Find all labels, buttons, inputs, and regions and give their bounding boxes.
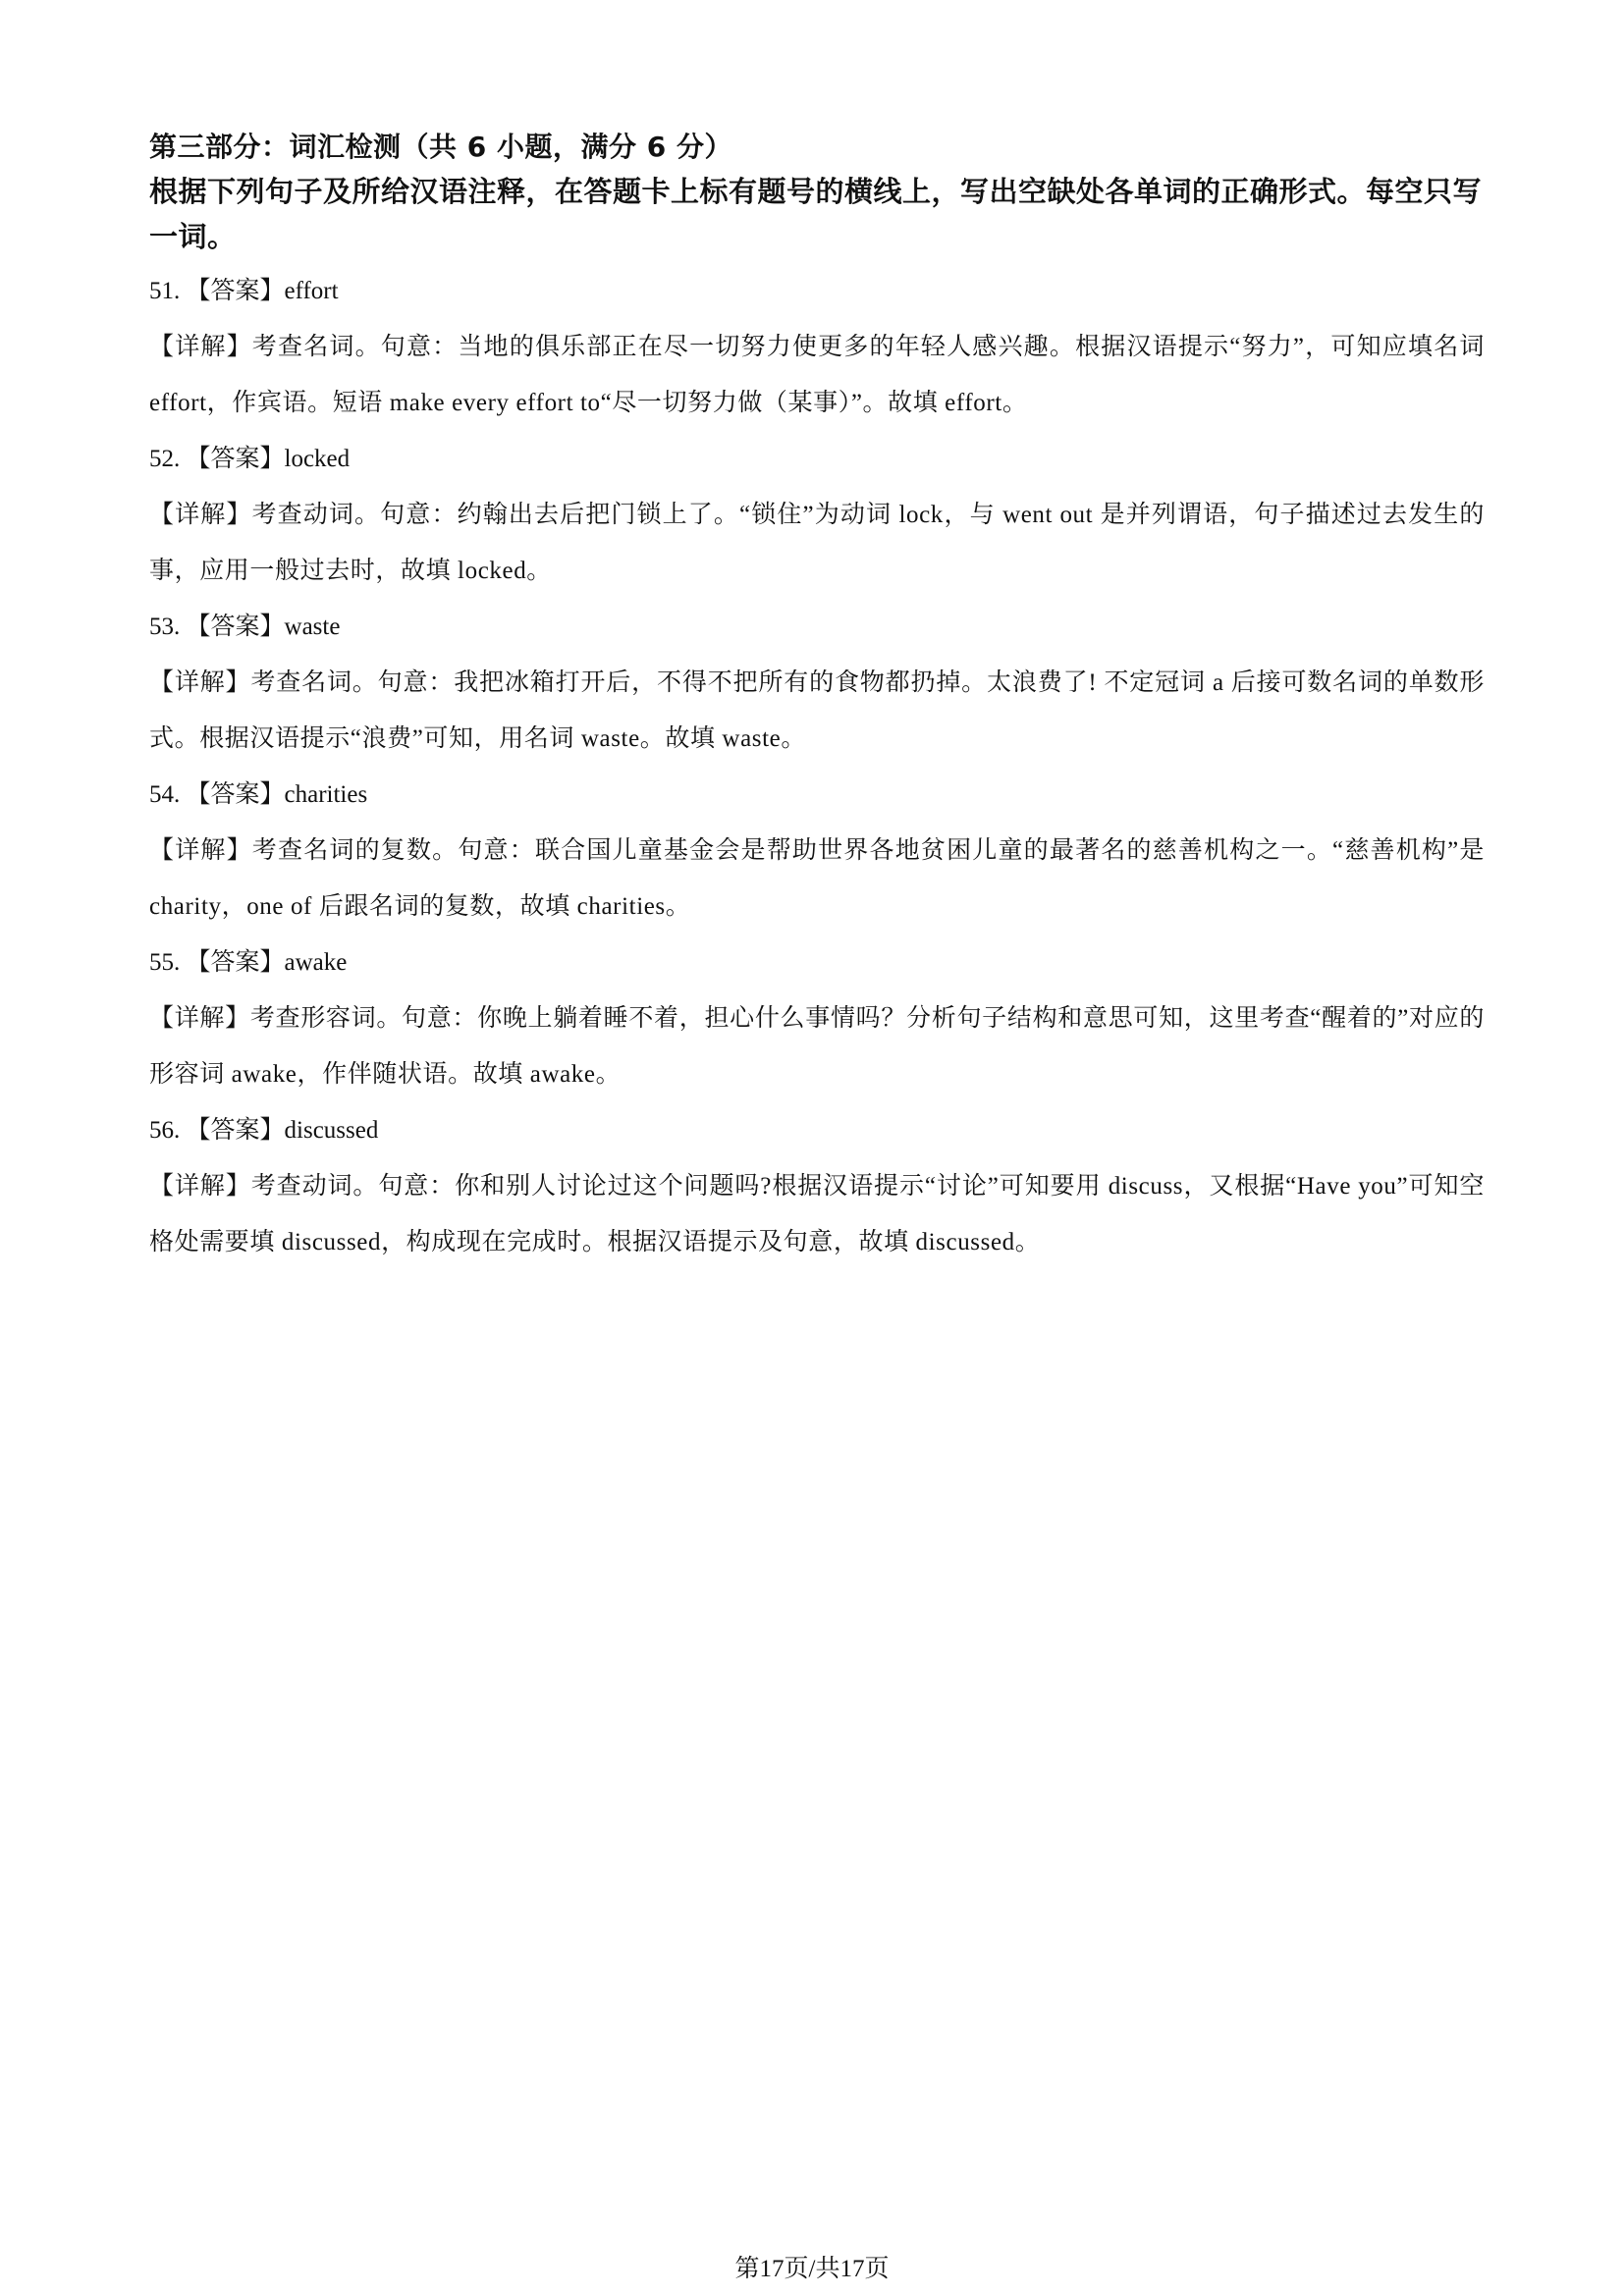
answer-value: awake [285,949,348,976]
detail-tag: 【详解】 [149,1005,250,1032]
explanation-text: 考查名词。句意：我把冰箱打开后，不得不把所有的食物都扔掉。太浪费了! 不定冠词 … [149,669,1485,752]
explanation: 【详解】考查动词。句意：约翰出去后把门锁上了。“锁住”为动词 lock，与 we… [149,487,1485,599]
answer-line: 56. 【答案】discussed [149,1102,1485,1158]
explanation-text: 考查动词。句意：约翰出去后把门锁上了。“锁住”为动词 lock，与 went o… [149,502,1485,584]
question-item-53: 53. 【答案】waste 【详解】考查名词。句意：我把冰箱打开后，不得不把所有… [149,599,1485,767]
explanation: 【详解】考查名词。句意：我把冰箱打开后，不得不把所有的食物都扔掉。太浪费了! 不… [149,655,1485,767]
document-page: 第三部分：词汇检测（共 6 小题，满分 6 分） 根据下列句子及所给汉语注释，在… [149,126,1485,1270]
detail-tag: 【详解】 [149,837,252,864]
question-item-56: 56. 【答案】discussed 【详解】考查动词。句意：你和别人讨论过这个问… [149,1102,1485,1270]
explanation-text: 考查名词。句意：当地的俱乐部正在尽一切努力使更多的年轻人感兴趣。根据汉语提示“努… [149,334,1485,416]
detail-tag: 【详解】 [149,669,250,696]
detail-tag: 【详解】 [149,1173,251,1200]
question-number: 54. [149,781,180,808]
question-number: 51. [149,278,180,304]
question-item-55: 55. 【答案】awake 【详解】考查形容词。句意：你晚上躺着睡不着，担心什么… [149,934,1485,1102]
answer-tag: 【答案】 [187,614,285,640]
question-number: 53. [149,614,180,640]
explanation: 【详解】考查名词的复数。句意：联合国儿童基金会是帮助世界各地贫困儿童的最著名的慈… [149,823,1485,934]
answer-line: 54. 【答案】charities [149,767,1485,823]
explanation-text: 考查动词。句意：你和别人讨论过这个问题吗?根据汉语提示“讨论”可知要用 disc… [149,1173,1485,1255]
answer-line: 55. 【答案】awake [149,934,1485,990]
question-number: 56. [149,1117,180,1144]
page-footer: 第17页/共17页 [0,2254,1624,2285]
answer-value: waste [285,614,341,640]
question-number: 52. [149,446,180,472]
answer-tag: 【答案】 [187,446,285,472]
answer-value: locked [285,446,351,472]
section-instructions: 根据下列句子及所给汉语注释，在答题卡上标有题号的横线上，写出空缺处各单词的正确形… [149,169,1485,259]
explanation-text: 考查形容词。句意：你晚上躺着睡不着，担心什么事情吗？分析句子结构和意思可知，这里… [149,1005,1485,1088]
answer-tag: 【答案】 [187,781,285,808]
answer-value: effort [285,278,339,304]
question-item-54: 54. 【答案】charities 【详解】考查名词的复数。句意：联合国儿童基金… [149,767,1485,934]
answer-value: discussed [285,1117,379,1144]
explanation: 【详解】考查名词。句意：当地的俱乐部正在尽一切努力使更多的年轻人感兴趣。根据汉语… [149,319,1485,431]
explanation: 【详解】考查动词。句意：你和别人讨论过这个问题吗?根据汉语提示“讨论”可知要用 … [149,1158,1485,1270]
question-item-52: 52. 【答案】locked 【详解】考查动词。句意：约翰出去后把门锁上了。“锁… [149,431,1485,599]
answer-tag: 【答案】 [187,278,285,304]
answer-line: 51. 【答案】effort [149,263,1485,319]
detail-tag: 【详解】 [149,502,252,528]
question-number: 55. [149,949,180,976]
answer-line: 52. 【答案】locked [149,431,1485,487]
answer-value: charities [285,781,368,808]
answer-tag: 【答案】 [187,1117,285,1144]
page-indicator: 第17页/共17页 [735,2256,890,2282]
question-item-51: 51. 【答案】effort 【详解】考查名词。句意：当地的俱乐部正在尽一切努力… [149,263,1485,431]
explanation: 【详解】考查形容词。句意：你晚上躺着睡不着，担心什么事情吗？分析句子结构和意思可… [149,990,1485,1102]
section-title: 第三部分：词汇检测（共 6 小题，满分 6 分） [149,126,1485,169]
explanation-text: 考查名词的复数。句意：联合国儿童基金会是帮助世界各地贫困儿童的最著名的慈善机构之… [149,837,1485,920]
answer-line: 53. 【答案】waste [149,599,1485,655]
detail-tag: 【详解】 [149,334,252,360]
answer-tag: 【答案】 [187,949,285,976]
